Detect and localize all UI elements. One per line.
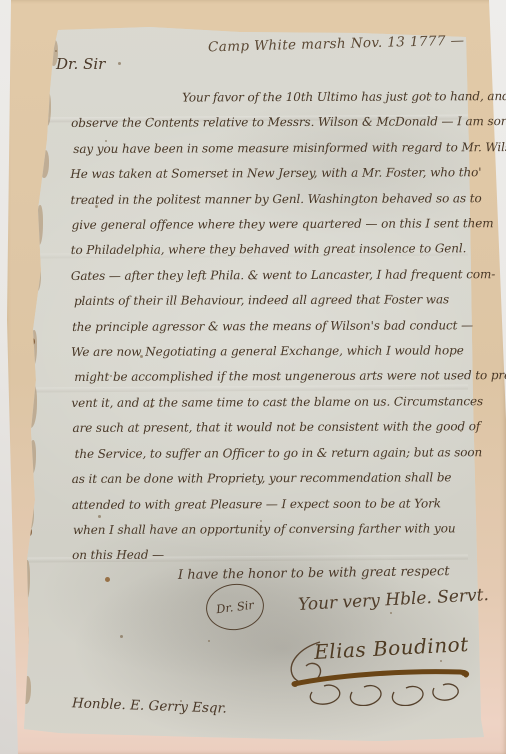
foxing-spot (105, 577, 110, 582)
foxing-spot (55, 50, 57, 52)
letter-body-line: attended to with great Pleasure — I expe… (72, 491, 484, 518)
letter-body-line: vent it, and at the same time to cast th… (71, 389, 483, 416)
letter-body-line: to Philadelphia, where they behaved with… (71, 237, 483, 264)
foxing-spot (208, 640, 210, 642)
letter-body-line: as it can be done with Propriety, your r… (72, 465, 484, 492)
circled-salutation-text: Dr. Sir (215, 598, 254, 617)
letter-body-line: Gates — after they left Phila. & went to… (71, 262, 483, 289)
foxing-spot (120, 635, 123, 638)
photo-of-letter: Camp White marsh Nov. 13 1777 — Dr. Sir … (0, 0, 506, 754)
letter-body-line: might be accomplished if the most ungene… (74, 364, 483, 391)
letter-body-line: We are now Negotiating a general Exchang… (71, 338, 483, 365)
signature-flourish (282, 640, 482, 706)
letter-body-line: when I shall have an opportunity of conv… (73, 516, 484, 543)
letter-body-line: observe the Contents relative to Messrs.… (71, 110, 482, 137)
letter-body-line: the Service, to suffer an Officer to go … (75, 440, 484, 467)
letter-body-line: plaints of their ill Behaviour, indeed a… (74, 287, 483, 314)
letter-body-line: give general offence where they were qua… (72, 211, 483, 238)
letter-body-line: the principle agressor & was the means o… (72, 313, 483, 340)
letter-salutation: Dr. Sir (56, 55, 105, 73)
foxing-spot (390, 612, 392, 614)
letter-body: Your favor of the 10th Ultimo has just g… (70, 84, 484, 569)
foxing-spot (118, 62, 121, 65)
letter-body-line: say you have been in some measure misinf… (73, 135, 482, 162)
letter-body-line: treated in the politest manner by Genl. … (70, 186, 482, 213)
letter-body-line: He was taken at Somerset in New Jersey, … (70, 160, 482, 187)
letter-body-line: Your favor of the 10th Ultimo has just g… (182, 84, 482, 111)
letter-body-line: are such at present, that it would not b… (72, 414, 483, 441)
